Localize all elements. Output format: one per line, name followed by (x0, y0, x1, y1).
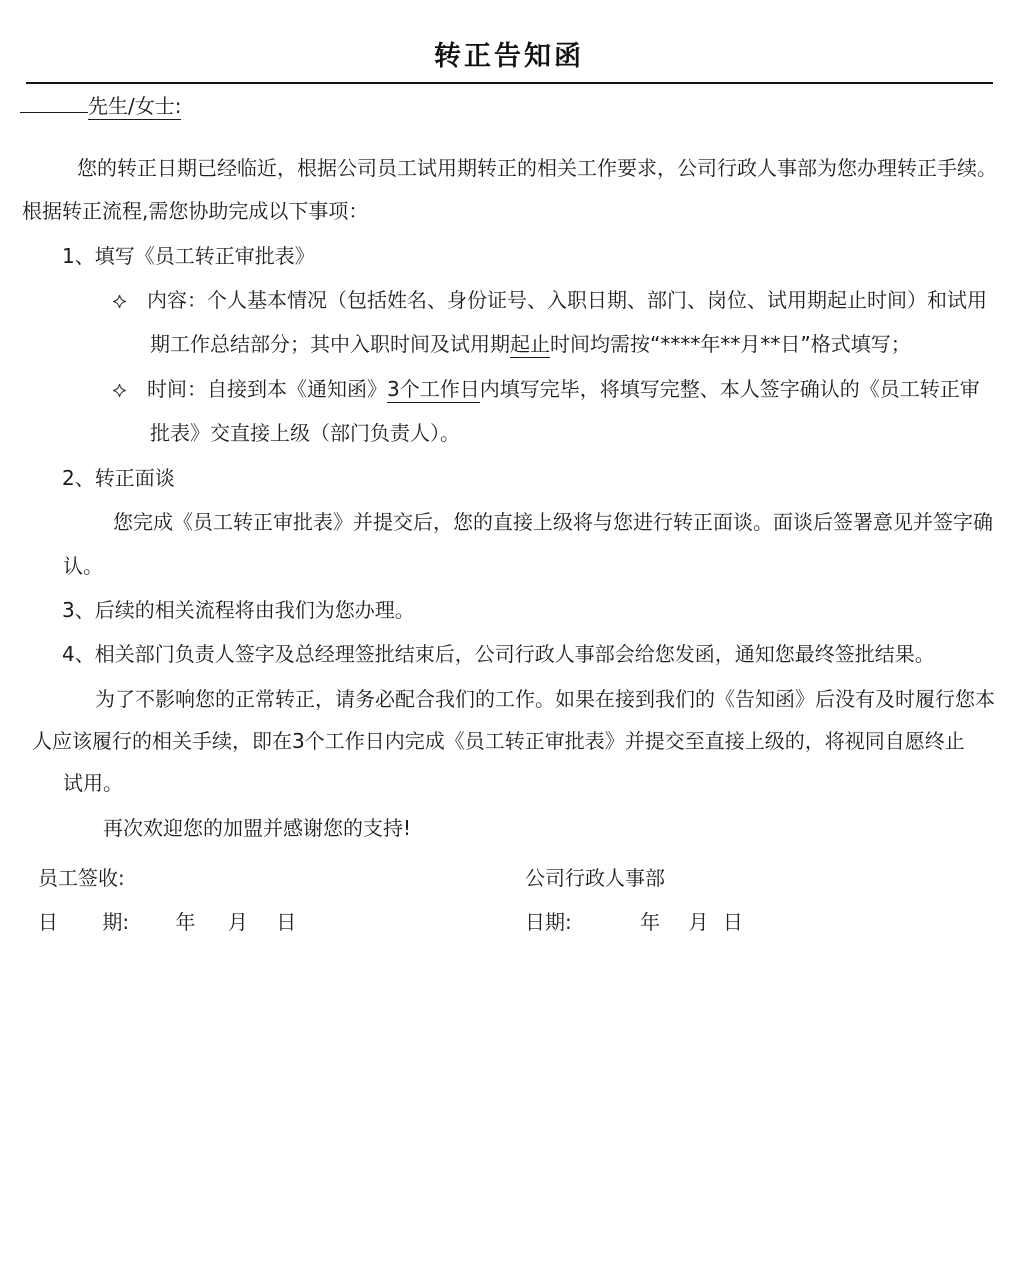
item4-line-3: 试用。 (63, 771, 123, 795)
item2-line-1: 您完成《员工转正审批表》并提交后，您的直接上级将与您进行转正面谈。面谈后签署意见… (113, 510, 993, 534)
item1-content-line2-underlined: 起止 (510, 332, 550, 358)
item1-content-line-1: 内容：个人基本情况（包括姓名、身份证号、入职日期、部门、岗位、试用期起止时间）和… (113, 288, 987, 312)
item1-time-line-2: 批表》交直接上级（部门负责人）。 (150, 421, 460, 445)
item4-line-1: 为了不影响您的正常转正，请务必配合我们的工作。如果在接到我们的《告知函》后没有及… (95, 687, 995, 711)
employee-date-line: 日 期: 年 月 日 (38, 910, 296, 934)
item4-line-2: 人应该履行的相关手续，即在3个工作日内完成《员工转正审批表》并提交至直接上级的，… (32, 729, 965, 753)
item1-time-line1-underlined: 3个工作日 (387, 377, 480, 403)
name-blank-underline (20, 93, 88, 113)
employee-date-char-qi: 期: (102, 910, 129, 934)
salutation-line: 先生/女士: (20, 93, 181, 118)
employee-sign-label: 员工签收: (38, 866, 125, 890)
hr-date-line: 日期: 年 月 日 (525, 910, 743, 934)
closing-line: 再次欢迎您的加盟并感谢您的支持! (103, 816, 411, 840)
hr-date-label: 日期: (525, 910, 572, 934)
item1-time-line1-post: 内填写完毕，将填写完整、本人签字确认的《员工转正审 (480, 377, 980, 401)
item1-content-text: 内容：个人基本情况（包括姓名、身份证号、入职日期、部门、岗位、试用期起止时间）和… (147, 288, 987, 312)
hr-date-month: 月 (688, 910, 708, 934)
item2-line-2: 认。 (63, 554, 103, 578)
document-page: 转正告知函 先生/女士: 您的转正日期已经临近，根据公司员工试用期转正的相关工作… (0, 0, 1018, 1280)
four-pointed-star-bullet-icon (113, 384, 126, 397)
intro-line-2: 根据转正流程,需您协助完成以下事项： (22, 199, 368, 223)
title-divider-rule (26, 82, 993, 84)
four-pointed-star-bullet-icon (113, 295, 126, 308)
list-item-1-label: 1、填写《员工转正审批表》 (62, 244, 315, 268)
item1-time-line1-pre: 时间：自接到本《通知函》 (147, 377, 387, 401)
item1-content-line2-post: 时间均需按“****年**月**日”格式填写； (550, 332, 911, 356)
employee-date-day: 日 (276, 910, 296, 934)
list-item-4-label: 4、相关部门负责人签字及总经理签批结束后，公司行政人事部会给您发函，通知您最终签… (62, 642, 935, 666)
list-item-2-label: 2、转正面谈 (62, 466, 175, 490)
intro-line-1: 您的转正日期已经临近，根据公司员工试用期转正的相关工作要求，公司行政人事部为您办… (77, 156, 997, 180)
employee-date-year: 年 (175, 910, 195, 934)
hr-date-year: 年 (640, 910, 660, 934)
salutation-text: 先生/女士: (88, 94, 181, 120)
employee-date-month: 月 (228, 910, 248, 934)
employee-date-char-ri: 日 (38, 910, 58, 934)
item1-content-line2-pre: 期工作总结部分；其中入职时间及试用期 (150, 332, 510, 356)
hr-date-day: 日 (723, 910, 743, 934)
item1-content-line-2: 期工作总结部分；其中入职时间及试用期起止时间均需按“****年**月**日”格式… (150, 332, 911, 356)
hr-department-label: 公司行政人事部 (525, 866, 665, 890)
item1-time-line-1: 时间：自接到本《通知函》3个工作日内填写完毕，将填写完整、本人签字确认的《员工转… (113, 377, 980, 401)
page-title: 转正告知函 (0, 34, 1018, 73)
list-item-3-label: 3、后续的相关流程将由我们为您办理。 (62, 598, 415, 622)
